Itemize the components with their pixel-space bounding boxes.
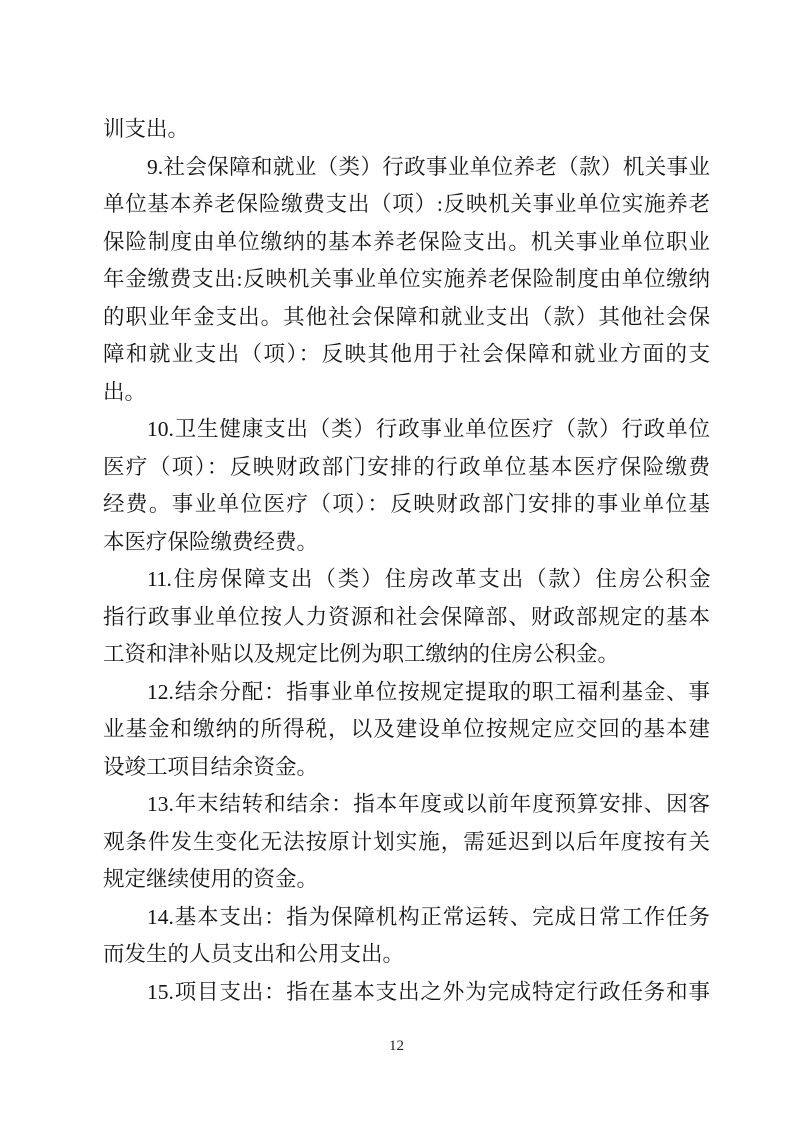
text-line: 规定继续使用的资金。 — [103, 861, 710, 899]
text-line: 13.年末结转和结余：指本年度或以前年度预算安排、因客 — [103, 786, 710, 824]
document-page: 训支出。 9.社会保障和就业（类）行政事业单位养老（款）机关事业 单位基本养老保… — [0, 0, 793, 1122]
document-text-block: 训支出。 9.社会保障和就业（类）行政事业单位养老（款）机关事业 单位基本养老保… — [103, 111, 710, 1011]
text-line: 保险制度由单位缴纳的基本养老保险支出。机关事业单位职业 — [103, 224, 710, 262]
text-line: 年金缴费支出:反映机关事业单位实施养老保险制度由单位缴纳 — [103, 261, 710, 299]
text-line: 10.卫生健康支出（类）行政事业单位医疗（款）行政单位 — [103, 411, 710, 449]
text-line: 经费。事业单位医疗（项）：反映财政部门安排的事业单位基 — [103, 486, 710, 524]
text-line: 9.社会保障和就业（类）行政事业单位养老（款）机关事业 — [103, 149, 710, 187]
text-line: 观条件发生变化无法按原计划实施，需延迟到以后年度按有关 — [103, 824, 710, 862]
text-line: 本医疗保险缴费经费。 — [103, 524, 710, 562]
text-line: 训支出。 — [103, 111, 710, 149]
text-line: 业基金和缴纳的所得税，以及建设单位按规定应交回的基本建 — [103, 711, 710, 749]
text-line: 14.基本支出：指为保障机构正常运转、完成日常工作任务 — [103, 899, 710, 937]
text-line: 指行政事业单位按人力资源和社会保障部、财政部规定的基本 — [103, 599, 710, 637]
text-line: 出。 — [103, 374, 710, 412]
text-line: 单位基本养老保险缴费支出（项）:反映机关事业单位实施养老 — [103, 186, 710, 224]
text-line: 障和就业支出（项）：反映其他用于社会保障和就业方面的支 — [103, 336, 710, 374]
text-line: 的职业年金支出。其他社会保障和就业支出（款）其他社会保 — [103, 299, 710, 337]
page-number: 12 — [0, 1036, 793, 1056]
text-line: 12.结余分配：指事业单位按规定提取的职工福利基金、事 — [103, 674, 710, 712]
text-line: 11.住房保障支出（类）住房改革支出（款）住房公积金（项）: — [103, 561, 710, 599]
text-line: 15.项目支出：指在基本支出之外为完成特定行政任务和事 — [103, 974, 710, 1012]
text-line: 设竣工项目结余资金。 — [103, 749, 710, 787]
text-line: 工资和津补贴以及规定比例为职工缴纳的住房公积金。 — [103, 636, 710, 674]
text-line: 医疗（项）：反映财政部门安排的行政单位基本医疗保险缴费 — [103, 449, 710, 487]
text-line: 而发生的人员支出和公用支出。 — [103, 936, 710, 974]
